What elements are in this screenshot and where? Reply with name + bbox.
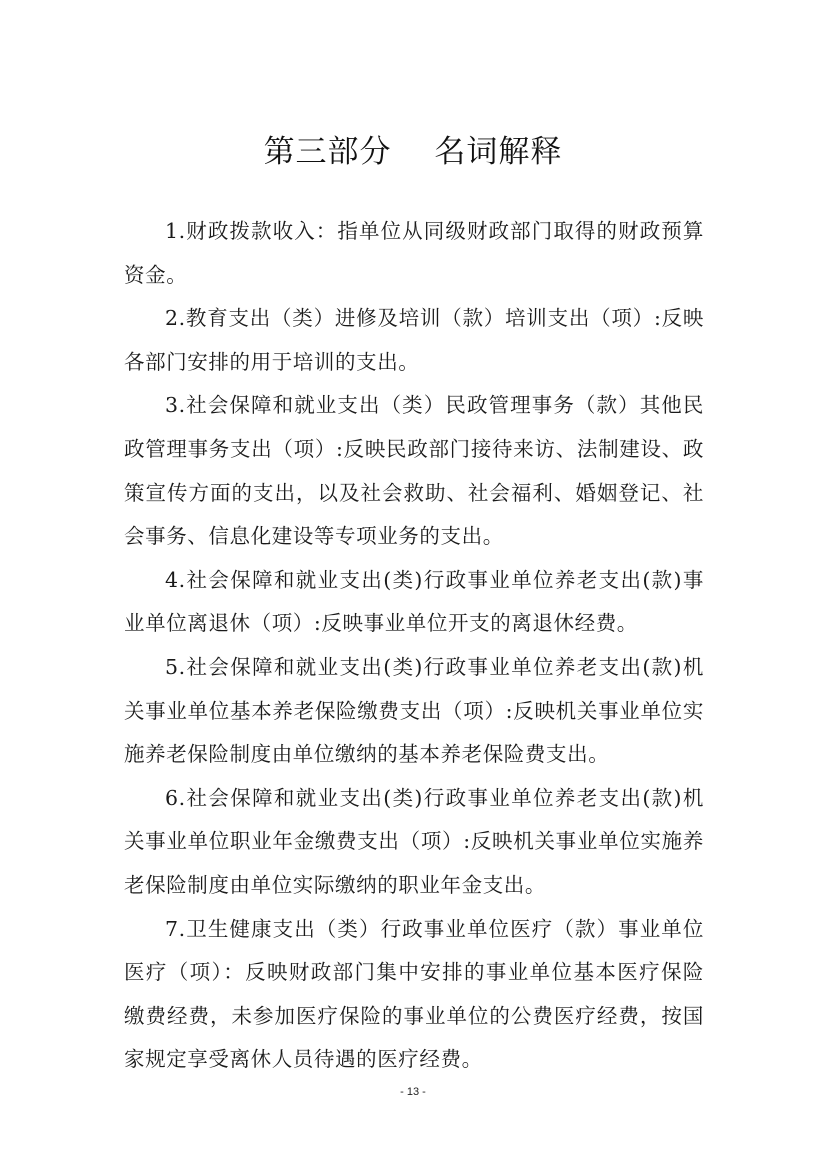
page-number: - 13 - <box>0 1086 826 1098</box>
definition-item-7: 7.卫生健康支出（类）行政事业单位医疗（款）事业单位医疗（项）：反映财政部门集中… <box>124 908 704 1082</box>
definition-item-5: 5.社会保障和就业支出(类)行政事业单位养老支出(款)机关事业单位基本养老保险缴… <box>124 646 704 777</box>
definition-item-2: 2.教育支出（类）进修及培训（款）培训支出（项）:反映各部门安排的用于培训的支出… <box>124 297 704 384</box>
definition-item-4: 4.社会保障和就业支出(类)行政事业单位养老支出(款)事业单位离退休（项）:反映… <box>124 559 704 646</box>
definition-item-6: 6.社会保障和就业支出(类)行政事业单位养老支出(款)机关事业单位职业年金缴费支… <box>124 777 704 908</box>
definition-item-1: 1.财政拨款收入：指单位从同级财政部门取得的财政预算资金。 <box>124 210 704 297</box>
definition-item-3: 3.社会保障和就业支出（类）民政管理事务（款）其他民政管理事务支出（项）:反映民… <box>124 384 704 558</box>
section-title: 第三部分 名词解释 <box>0 130 826 174</box>
document-page: 第三部分 名词解释 1.财政拨款收入：指单位从同级财政部门取得的财政预算资金。 … <box>0 0 826 1169</box>
definitions-list: 1.财政拨款收入：指单位从同级财政部门取得的财政预算资金。 2.教育支出（类）进… <box>124 210 704 1082</box>
